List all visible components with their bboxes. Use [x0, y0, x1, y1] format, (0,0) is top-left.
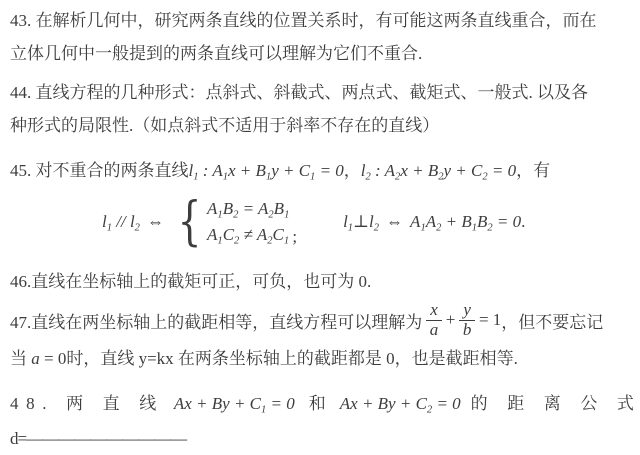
item-48-distance-blank: d=—————————— — [10, 424, 630, 454]
item-45-text: 45. 对不重合的两条直线 — [10, 161, 189, 180]
item-47-line-2: 当 a = 0时，直线 y=kx 在两条坐标轴上的截距都是 0，也是截距相等. — [10, 342, 630, 375]
parallel-lhs: l1 // l2 — [102, 212, 140, 232]
cases-brace: { — [178, 194, 202, 250]
denominator: a — [430, 321, 439, 339]
variable-a: a — [31, 349, 40, 368]
fraction-y-over-b: y b — [459, 301, 475, 339]
item-47-line-1: 47.直线在两坐标轴上的截距相等，直线方程可以理解为 x a + y b = 1… — [10, 298, 630, 342]
numerator: y — [459, 301, 475, 321]
plus-sign: + — [446, 310, 456, 330]
iff-arrow: ⇔ — [147, 212, 164, 232]
and-text: 和 — [309, 394, 326, 413]
item-47-line2-rest: = 0时，直线 y=kx 在两条坐标轴上的截距都是 0，也是截距相等. — [40, 349, 518, 368]
case-2: A1C2 ≠ A2C1 — [207, 222, 289, 248]
item-47-text: 47.直线在两坐标轴上的截距相等，直线方程可以理解为 — [10, 308, 422, 333]
line-equation-2: Ax + By + C2 = 0 — [340, 394, 461, 413]
line2-equation: l2 : A2x + B2y + C2 = 0 — [361, 161, 516, 180]
item-46-line-1: 46.直线在坐标轴上的截矩可正，可负，也可为 0. — [10, 265, 630, 298]
item-48-text: 48. 两 直 线 — [10, 394, 164, 413]
equals-one: = 1 — [479, 310, 501, 330]
line-equation-1: Ax + By + C1 = 0 — [174, 394, 295, 413]
item-48-line-1: 48. 两 直 线Ax + By + C1 = 0和Ax + By + C2 =… — [10, 387, 630, 420]
line1-equation: l1 : A1x + B1y + C1 = 0 — [189, 161, 344, 180]
iff-arrow-2: ⇔ — [386, 212, 403, 232]
separator: ， — [344, 161, 361, 180]
when-text: 当 — [10, 349, 31, 368]
item-43-line-1: 43. 在解析几何中，研究两条直线的位置关系时，有可能这两条直线重合，而在 — [10, 4, 630, 37]
case-1: A1B2 = A2B1 — [207, 196, 289, 222]
item-45-text-end: ，有 — [516, 161, 550, 180]
fraction-x-over-a: x a — [426, 301, 442, 339]
perpendicular-rhs: A1A2 + B1B2 = 0 — [410, 212, 521, 232]
item-48-text-end: 的 距 离 公 式 — [471, 394, 640, 413]
item-45-formula: l1 // l2 ⇔ { A1B2 = A2B1 A1C2 ≠ A2C1 ; l… — [102, 193, 630, 251]
numerator: x — [426, 301, 442, 321]
item-44-line-1: 44. 直线方程的几种形式：点斜式、斜截式、两点式、截矩式、一般式. 以及各 — [10, 76, 630, 109]
item-45-intro: 45. 对不重合的两条直线l1 : A1x + B1y + C1 = 0，l2 … — [10, 154, 630, 187]
document-page: 43. 在解析几何中，研究两条直线的位置关系时，有可能这两条直线重合，而在 立体… — [0, 0, 640, 455]
period: . — [521, 212, 525, 232]
perpendicular-lhs: l1⊥l2 — [343, 212, 379, 232]
item-47-text-end: ，但不要忘记 — [501, 308, 603, 333]
item-43-line-2: 立体几何中一般提到的两条直线可以理解为它们不重合. — [10, 37, 630, 70]
semicolon: ; — [292, 227, 297, 247]
item-44-line-2: 种形式的局限性.（如点斜式不适用于斜率不存在的直线） — [10, 109, 630, 142]
cases-block: A1B2 = A2B1 A1C2 ≠ A2C1 — [207, 196, 289, 248]
denominator: b — [463, 321, 472, 339]
